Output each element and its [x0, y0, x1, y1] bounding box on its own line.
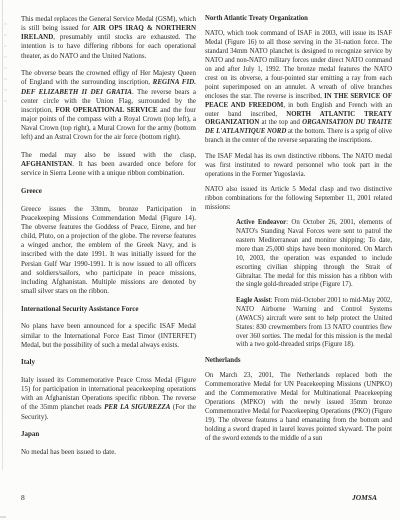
- scan-edge-artifact: [2, 0, 3, 470]
- paragraph-italy: Italy issued its Commemorative Peace Cro…: [21, 376, 196, 422]
- paragraph-nato-article5: NATO also issued its Article 5 Medal cla…: [205, 186, 392, 213]
- paragraph-active-endeavor: Active Endeavor: On October 26, 2001, el…: [236, 219, 392, 290]
- heading-north-atlantic-treaty-organization: North Atlantic Treaty Organization: [205, 15, 392, 24]
- scan-speckle-artifact: [4, 14, 7, 104]
- heading-netherlands: Netherlands: [205, 357, 392, 366]
- paragraph-eagle-assist: Eagle Assist: From mid-October 2001 to m…: [236, 297, 392, 350]
- scan-corner-artifact: [0, 516, 6, 518]
- page-number: 8: [21, 493, 25, 502]
- heading-international-security-assistance-force: International Security Assistance Force: [21, 305, 196, 314]
- paragraph-gsm-replacement: This medal replaces the General Service …: [21, 15, 196, 61]
- paragraph-greece: Greece issues the 33mm, bronze Participa…: [21, 205, 196, 297]
- heading-japan: Japan: [21, 430, 196, 439]
- journal-name: JOMSA: [352, 493, 377, 502]
- left-column: This medal replaces the General Service …: [21, 15, 196, 489]
- right-column: North Atlantic Treaty Organization NATO,…: [205, 15, 392, 489]
- paragraph-nato-isaf-medal: NATO, which took command of ISAF in 2003…: [205, 30, 392, 146]
- paragraph-nato-ribbons: The ISAF Medal has its own distinctive r…: [205, 153, 392, 180]
- paragraph-obverse-description: The obverse bears the crowned effigy of …: [21, 69, 196, 142]
- paragraph-afghanistan-clasp: The medal may also be issued with the cl…: [21, 151, 196, 178]
- paragraph-japan: No medal has been issued to date.: [21, 448, 196, 457]
- heading-italy: Italy: [21, 358, 196, 367]
- page-footer: 8 JOMSA: [21, 493, 377, 502]
- page-body: This medal replaces the General Service …: [21, 15, 392, 489]
- paragraph-isaf: No plans have been announced for a speci…: [21, 322, 196, 349]
- paragraph-netherlands: On March 23, 2001, The Netherlands repla…: [205, 372, 392, 443]
- heading-greece: Greece: [21, 187, 196, 196]
